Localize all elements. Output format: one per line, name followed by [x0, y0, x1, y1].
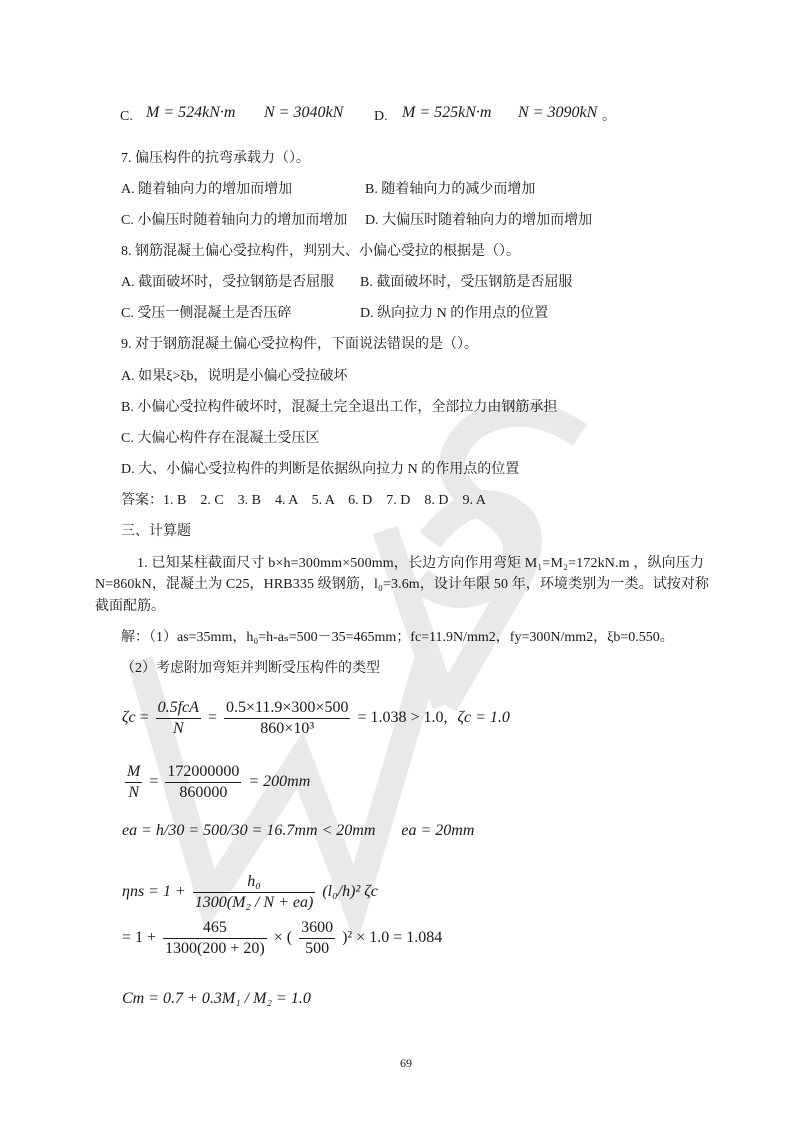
ea-conclusion: ea = 20mm [401, 822, 474, 839]
eta-ns-lhs: ηns = 1 + [122, 883, 186, 900]
zeta-c-lhs: ζc [122, 709, 136, 726]
solution-step-1: 解：（1）as=35mm，h₀=h-aₛ=500－35=465mm；fc=11.… [121, 629, 674, 647]
question-9-option-d: D. 大、小偏心受拉构件的判断是依据纵向拉力 N 的作用点的位置 [121, 461, 519, 479]
section-title: 三、计算题 [121, 523, 191, 541]
equation-m-over-n: M N = 172000000 860000 = 200mm [122, 762, 310, 803]
option-c-label: C. [120, 108, 133, 126]
question-8-stem: 8. 钢筋混凝土偏心受拉构件，判别大、小偏心受拉的根据是（）。 [121, 243, 520, 261]
equation-eta-ns-line-2: = 1 + 465 1300(200 + 20) × ( 3600 500 )²… [122, 918, 442, 959]
zeta-c-conclusion: ζc = 1.0 [458, 709, 510, 726]
eta-ns-value-fraction: 465 1300(200 + 20) [163, 918, 267, 959]
zeta-c-result: = 1.038 > 1.0, [357, 709, 447, 726]
question-9-option-c: C. 大偏心构件存在混凝土受压区 [121, 430, 319, 448]
question-8-option-a: A. 截面破坏时，受拉钢筋是否屈服 [121, 274, 334, 292]
problem-1-line-3: 截面配筋。 [95, 598, 165, 616]
zeta-c-fraction-1: 0.5fcA N [156, 698, 201, 739]
page-number: 69 [400, 1056, 412, 1071]
question-9-stem: 9. 对于钢筋混凝土偏心受拉构件，下面说法错误的是（）。 [121, 336, 478, 354]
m-over-n-value-fraction: 172000000 860000 [165, 762, 241, 803]
equation-ea: ea = h/30 = 500/30 = 16.7mm < 20mm ea = … [122, 822, 474, 840]
option-d-label: D. [374, 108, 388, 126]
question6-options-tail: C. M = 524kN·m N = 3040kN D. M = 525kN·m… [120, 104, 680, 126]
solution-step-2: （2）考虑附加弯矩并判断受压构件的类型 [121, 660, 380, 678]
option-d-moment: M = 525kN·m [402, 104, 491, 122]
eta-ns-slenderness-fraction: 3600 500 [299, 918, 335, 959]
option-c-axial: N = 3040kN [264, 104, 343, 122]
eta-ns-result: )² × 1.0 = 1.084 [342, 929, 442, 946]
m-over-n-fraction: M N [125, 762, 142, 803]
eta-ns-fraction: h₀ 1300(M₂ / N + ea) [193, 872, 316, 913]
answer-key: 答案：1. B 2. C 3. B 4. A 5. A 6. D 7. D 8.… [121, 492, 486, 510]
equation-zeta-c: ζc = 0.5fcA N = 0.5×11.9×300×500 860×10³… [122, 698, 510, 739]
question-7-option-d: D. 大偏压时随着轴向力的增加而增加 [365, 212, 592, 230]
eta-ns-tail: (l₀/h)² ζc [322, 883, 377, 900]
question-8-option-d: D. 纵向拉力 N 的作用点的位置 [360, 305, 548, 323]
question-7-option-a: A. 随着轴向力的增加而增加 [121, 181, 292, 199]
m-over-n-result: = 200mm [248, 773, 310, 790]
equation-cm: Cm = 0.7 + 0.3M₁ / M₂ = 1.0 [122, 990, 311, 1008]
problem-1-line-1: 1. 已知某柱截面尺寸 b×h=300mm×500mm，长边方向作用弯矩 M₁=… [137, 555, 704, 573]
question-9-option-a: A. 如果ξ>ξb，说明是小偏心受拉破坏 [121, 368, 348, 386]
zeta-c-fraction-2: 0.5×11.9×300×500 860×10³ [224, 698, 350, 739]
question-9-option-b: B. 小偏心受拉构件破坏时，混凝土完全退出工作，全部拉力由钢筋承担 [121, 399, 557, 417]
question-8-option-b: B. 截面破坏时，受压钢筋是否屈服 [360, 274, 572, 292]
ea-calculation: ea = h/30 = 500/30 = 16.7mm < 20mm [122, 822, 375, 839]
question-7-option-c: C. 小偏压时随着轴向力的增加而增加 [121, 212, 347, 230]
equation-eta-ns-line-1: ηns = 1 + h₀ 1300(M₂ / N + ea) (l₀/h)² ζ… [122, 872, 378, 913]
question-8-option-c: C. 受压一侧混凝土是否压碎 [121, 305, 291, 323]
option-c-moment: M = 524kN·m [146, 104, 235, 122]
option-d-axial: N = 3090kN [518, 104, 597, 122]
question-7-stem: 7. 偏压构件的抗弯承载力（）。 [121, 150, 310, 168]
option-d-end-mark: 。 [602, 108, 616, 126]
problem-1-line-2: N=860kN，混凝土为 C25，HRB335 级钢筋，l₀=3.6m，设计年限… [95, 576, 709, 594]
question-7-option-b: B. 随着轴向力的减少而增加 [365, 181, 535, 199]
